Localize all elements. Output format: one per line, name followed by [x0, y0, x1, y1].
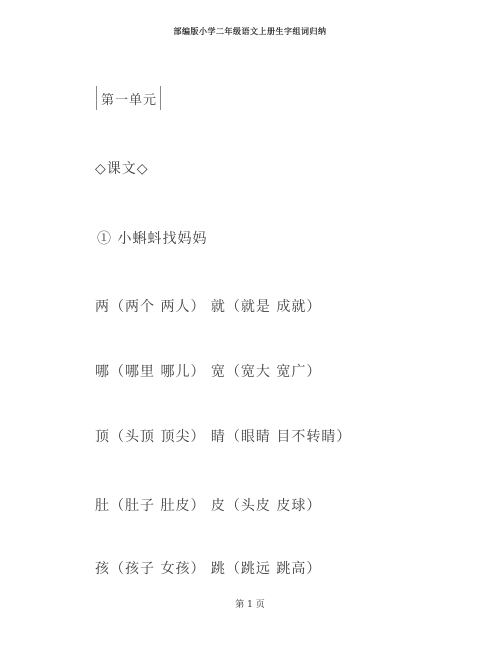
word-group-line: 孩（孩子 女孩） 跳（跳远 跳高）: [95, 558, 321, 578]
unit-title-left-bar: [96, 86, 97, 110]
document-page: 部编版小学二年级语文上册生字组词归纳 第一单元 ◇课文◇ ① 小蝌蚪找妈妈 两（…: [0, 0, 500, 647]
word-group-line: 顶（头顶 顶尖） 睛（眼睛 目不转睛）: [95, 426, 351, 446]
page-number-footer: 第 1 页: [0, 597, 500, 610]
word-group-line: 肚（肚子 肚皮） 皮（头皮 皮球）: [95, 495, 321, 515]
word-group-line: 两（两个 两人） 就（就是 成就）: [95, 296, 321, 316]
unit-title: 第一单元: [96, 85, 161, 111]
section-heading-kewen: ◇课文◇: [95, 158, 149, 178]
unit-title-text: 第一单元: [101, 89, 157, 108]
document-header-title: 部编版小学二年级语文上册生字组词归纳: [0, 26, 500, 37]
word-group-line: 哪（哪里 哪儿） 宽（宽大 宽广）: [95, 361, 321, 381]
unit-title-right-bar: [160, 86, 161, 110]
lesson-1-title: ① 小蝌蚪找妈妈: [97, 228, 207, 248]
